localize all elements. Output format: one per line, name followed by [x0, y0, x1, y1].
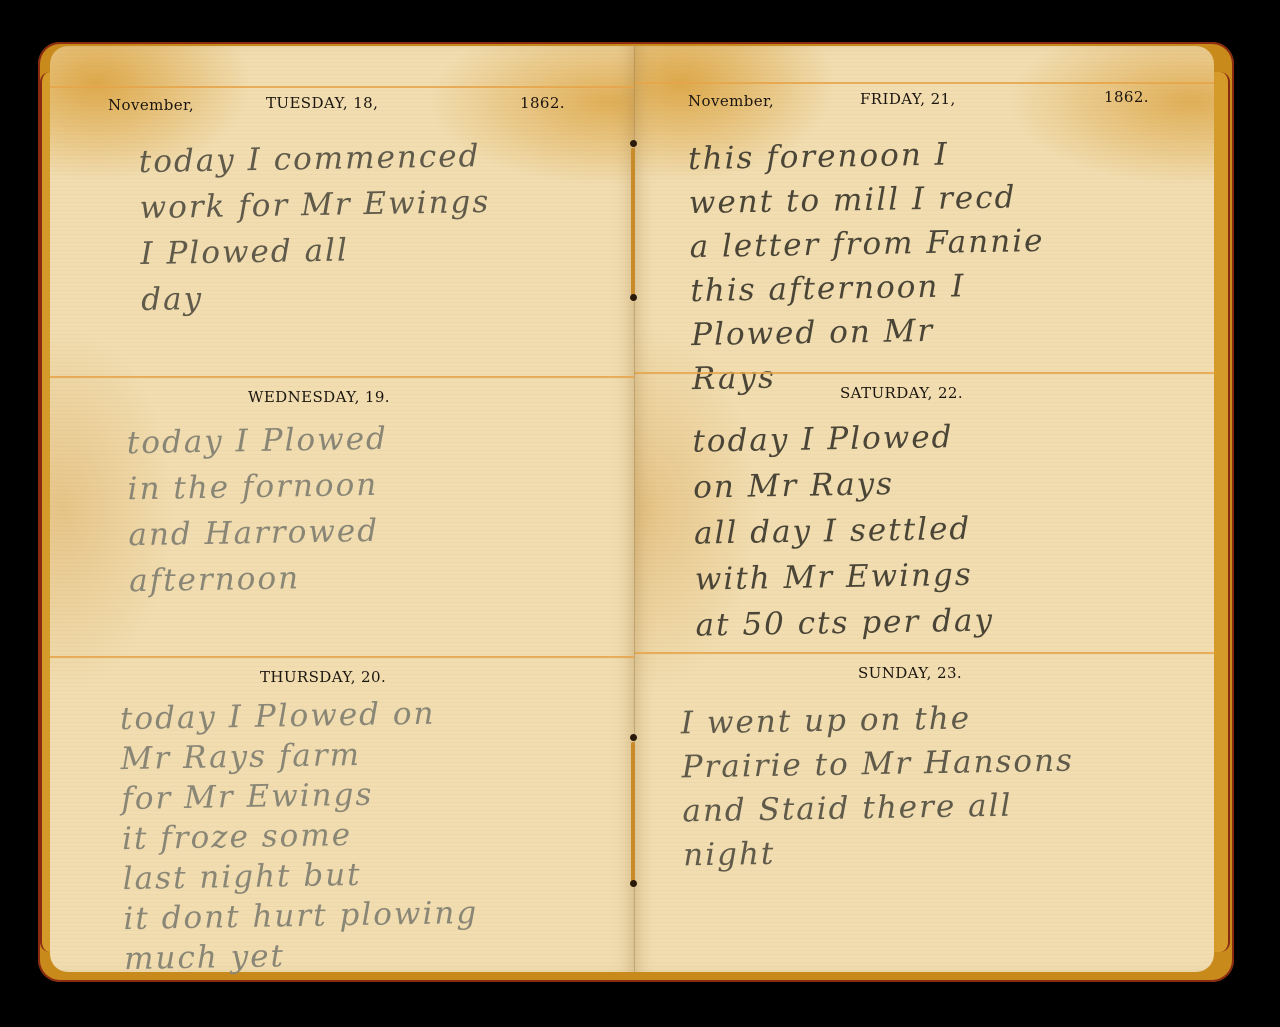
diary-book: November, TUESDAY, 18, 1862. today I com… — [38, 42, 1234, 982]
section-rule — [50, 656, 634, 658]
right-page: November, FRIDAY, 21, 1862. this forenoo… — [634, 46, 1214, 972]
right-header-year: 1862. — [1104, 88, 1149, 106]
entry-saturday-22: today I Plowed on Mr Rays all day I sett… — [692, 413, 994, 648]
binding-thread — [631, 148, 635, 296]
photo-background: November, TUESDAY, 18, 1862. today I com… — [0, 0, 1280, 1027]
right-header-day: FRIDAY, 21, — [860, 90, 956, 108]
stitch-hole-icon — [630, 140, 637, 147]
left-page: November, TUESDAY, 18, 1862. today I com… — [50, 46, 634, 972]
section-rule — [50, 376, 634, 378]
entry-thursday-20: today I Plowed on Mr Rays farm for Mr Ew… — [120, 693, 480, 979]
day-label-sunday-23: SUNDAY, 23. — [858, 664, 962, 682]
entry-sunday-23: I went up on the Prairie to Mr Hansons a… — [680, 695, 1075, 878]
entry-wednesday-19: today I Plowed in the fornoon and Harrow… — [126, 416, 390, 605]
section-rule — [634, 372, 1214, 374]
stitch-hole-icon — [630, 294, 637, 301]
day-label-thursday-20: THURSDAY, 20. — [260, 668, 386, 686]
stitch-hole-icon — [630, 734, 637, 741]
binding-thread — [631, 742, 635, 882]
section-rule — [634, 652, 1214, 654]
entry-friday-21: this forenoon I went to mill I recd a le… — [688, 131, 1047, 401]
header-rule — [634, 82, 1214, 84]
day-label-wednesday-19: WEDNESDAY, 19. — [248, 388, 390, 406]
left-header-year: 1862. — [520, 94, 565, 112]
day-label-saturday-22: SATURDAY, 22. — [840, 384, 963, 402]
right-header-month: November, — [688, 92, 774, 110]
left-header-day: TUESDAY, 18, — [266, 94, 378, 112]
stitch-hole-icon — [630, 880, 637, 887]
entry-tuesday-18: today I commenced work for Mr Ewings I P… — [138, 133, 492, 323]
left-header-month: November, — [108, 96, 194, 114]
header-rule — [50, 86, 634, 88]
